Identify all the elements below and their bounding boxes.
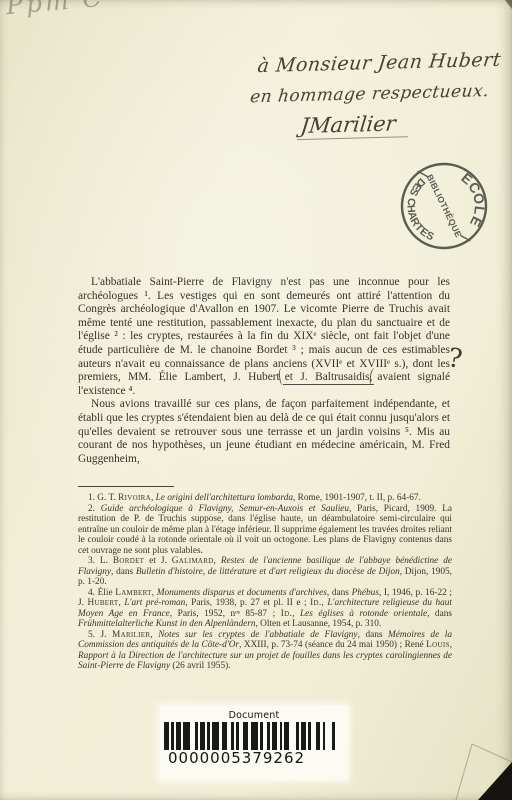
barcode-label: Document — [160, 706, 348, 721]
main-text-block: L'abbatiale Saint-Pierre de Flavigny n'e… — [78, 276, 450, 466]
author-signature: JMarilier — [297, 111, 411, 140]
footnote-4: 4. Élie Lambert, Monuments disparus et d… — [78, 588, 452, 630]
footnote-3: 3. L. Bordet et J. Galimard, Restes de l… — [78, 556, 452, 588]
dedication-line-1: à Monsieur Jean Hubert — [256, 49, 504, 78]
barcode-number: 0000005379262 — [160, 749, 348, 767]
paragraph-2: Nous avions travaillé sur ces plans, de … — [78, 398, 450, 466]
barcode-sticker: Document 0000005379262 — [160, 706, 348, 780]
footnote-separator — [78, 486, 174, 487]
footnote-1: 1. G. T. Rivoira, Le origini dell'archit… — [78, 493, 452, 504]
page-corner-fold — [442, 740, 512, 800]
footnotes-block: 1. G. T. Rivoira, Le origini dell'archit… — [78, 493, 452, 672]
paragraph-1: L'abbatiale Saint-Pierre de Flavigny n'e… — [78, 276, 450, 398]
library-stamp-icon: E C O L E D E S C H A R T E S BIBLIOTHÈQ… — [378, 140, 511, 273]
handwritten-dedication: à Monsieur Jean Hubert en hommage respec… — [249, 49, 505, 142]
footnote-5: 5. J. Marilier, Notes sur les cryptes de… — [78, 630, 452, 672]
scanned-document-page: Ppm C à Monsieur Jean Hubert en hommage … — [0, 0, 512, 800]
footnote-2: 2. Guide archéologique à Flavigny, Semur… — [78, 504, 452, 557]
ink-annotation-bracket: et J. Baltrusaidis, — [283, 371, 375, 385]
svg-text:E: E — [467, 214, 485, 229]
dedication-line-2: en hommage respectueux. — [249, 81, 501, 108]
barcode-bars-icon — [164, 722, 340, 750]
page-edge-nick — [505, 0, 512, 9]
pencil-shelfmark-note: Ppm C — [5, 0, 106, 20]
